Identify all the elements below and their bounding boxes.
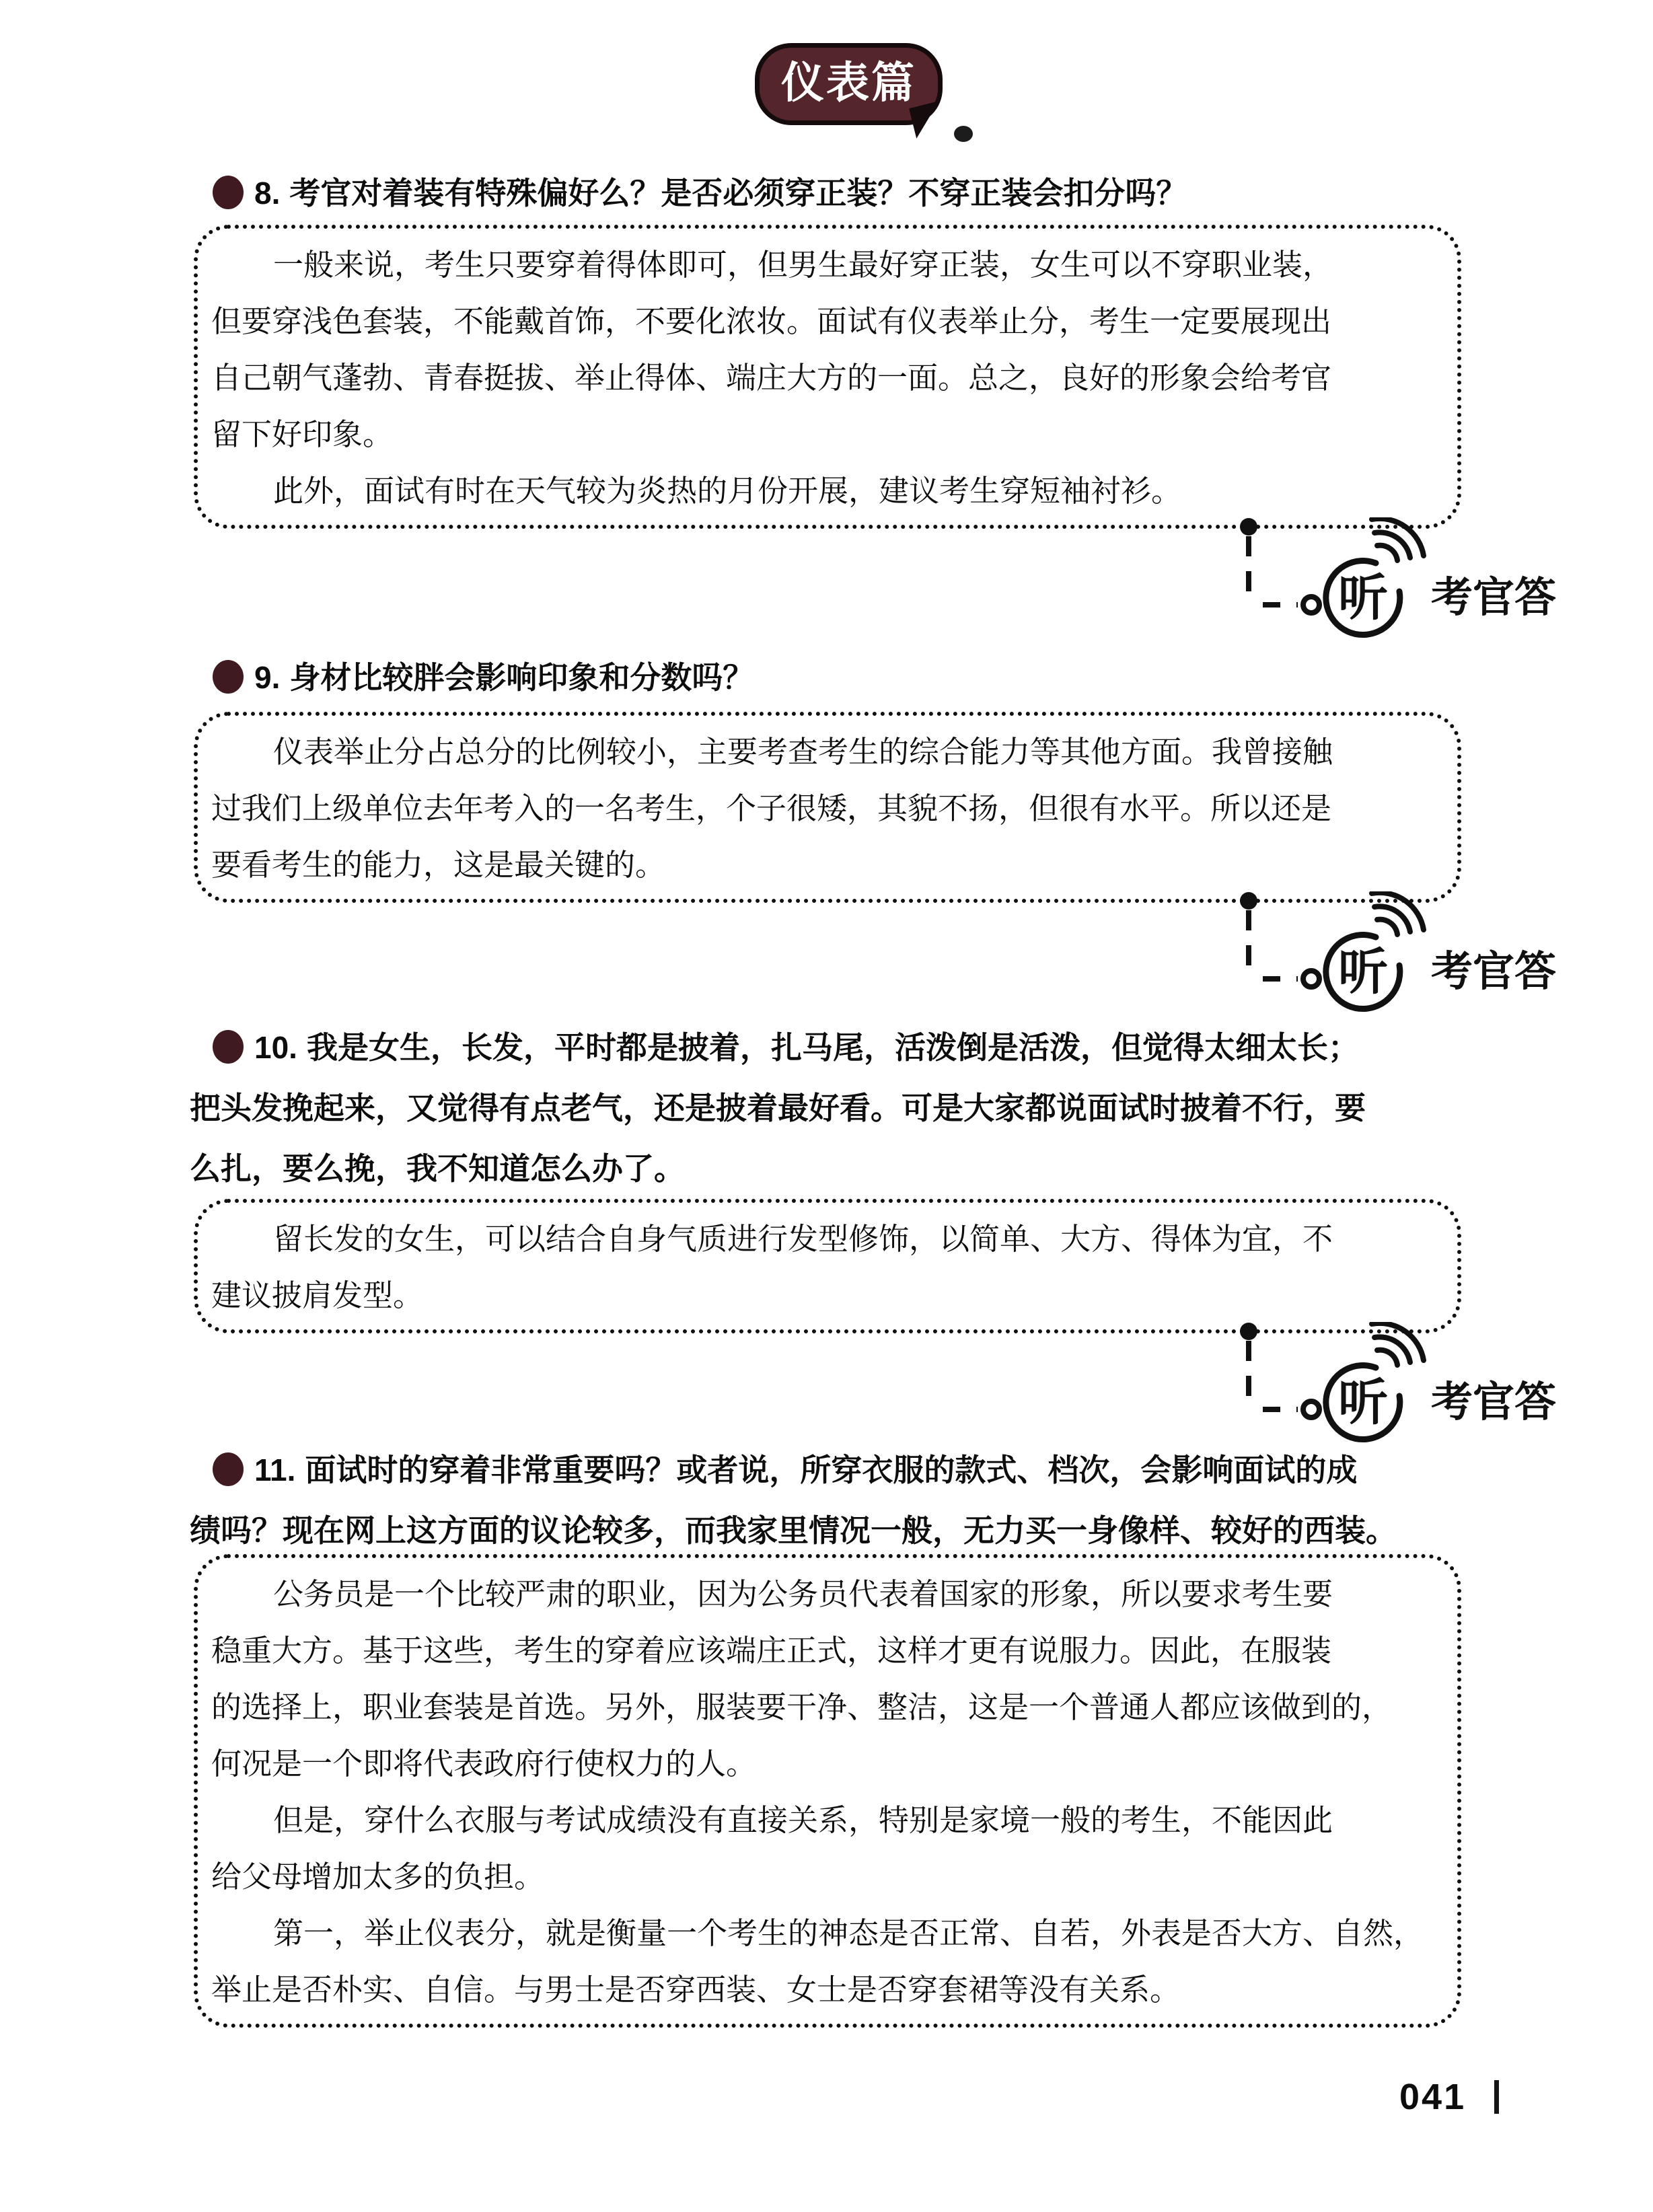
answer-line: 留长发的女生，可以结合自身气质进行发型修饰，以简单、大方、得体为宜，不 [211, 1211, 1438, 1267]
question-text: 身材比较胖会影响印象和分数吗？ [289, 660, 754, 695]
listen-examiner-tag: 听 考官答 [1237, 891, 1574, 1026]
question-line: 8.考官对着装有特殊偏好么？是否必须穿正装？不穿正装会扣分吗？ [190, 163, 1488, 223]
answer-line: 一般来说，考生只要穿着得体即可，但男生最好穿正装，女生可以不穿职业装， [211, 237, 1438, 293]
sound-wave-icon [1372, 519, 1424, 556]
question-number: 9. [254, 660, 280, 695]
answer-line: 稳重大方。基于这些，考生的穿着应该端庄正式，这样才更有说服力。因此，在服装 [211, 1623, 1438, 1679]
connector-circle-icon [1303, 597, 1319, 613]
listen-circle-icon [1326, 935, 1400, 1009]
listen-examiner-tag: 听 考官答 [1237, 1322, 1574, 1457]
listen-tag-graphic: 听 考官答 [1237, 517, 1574, 652]
question-bullet-icon [213, 1452, 244, 1486]
question-line: 10.我是女生，长发，平时都是披着，扎马尾，活泼倒是活泼，但觉得太细太长； [190, 1017, 1488, 1078]
chapter-badge-bubble: 仪表篇 [755, 43, 943, 125]
answer-box-8: 一般来说，考生只要穿着得体即可，但男生最好穿正装，女生可以不穿职业装， 但要穿浅… [194, 225, 1461, 529]
question-bullet-icon [213, 660, 244, 694]
answer-box-9: 仪表举止分占总分的比例较小，主要考查考生的综合能力等其他方面。我曾接触 过我们上… [194, 712, 1461, 903]
chapter-badge-title: 仪表篇 [781, 59, 916, 107]
sound-wave-icon [1372, 1323, 1424, 1360]
sound-wave-icon [1372, 893, 1424, 930]
page-number-value: 041 [1399, 2076, 1466, 2118]
answer-line: 何况是一个即将代表政府行使权力的人。 [211, 1736, 1438, 1792]
question-number: 10. [254, 1030, 297, 1065]
question-line: 么扎，要么挽，我不知道怎么办了。 [190, 1138, 1488, 1199]
question-number: 11. [254, 1452, 295, 1487]
speech-tail-icon [909, 101, 947, 139]
listen-label: 考官答 [1431, 949, 1556, 995]
connector-circle-icon [1303, 971, 1319, 987]
answer-line: 公务员是一个比较严肃的职业，因为公务员代表着国家的形象，所以要求考生要 [211, 1566, 1438, 1623]
answer-line: 仪表举止分占总分的比例较小，主要考查考生的综合能力等其他方面。我曾接触 [211, 724, 1438, 780]
answer-line: 但要穿浅色套装，不能戴首饰，不要化浓妆。面试有仪表举止分，考生一定要展现出 [211, 293, 1438, 350]
answer-line: 要看考生的能力，这是最关键的。 [211, 837, 1438, 893]
question-number: 8. [254, 176, 280, 211]
answer-line: 举止是否朴实、自信。与男士是否穿西装、女士是否穿套裙等没有关系。 [211, 1962, 1438, 2018]
question-11-heading: 11.面试时的穿着非常重要吗？或者说，所穿衣服的款式、档次，会影响面试的成 绩吗… [190, 1440, 1488, 1561]
page-number-divider [1494, 2080, 1499, 2114]
question-bullet-icon [213, 1030, 244, 1064]
listen-char: 听 [1338, 570, 1388, 626]
answer-line: 第一，举止仪表分，就是衡量一个考生的神态是否正常、自若，外表是否大方、自然， [211, 1905, 1438, 1962]
listen-tag-graphic: 听 考官答 [1237, 891, 1574, 1026]
question-line: 9.身材比较胖会影响印象和分数吗？ [190, 647, 1488, 708]
connector-dot-icon [1240, 518, 1257, 536]
question-text: 我是女生，长发，平时都是披着，扎马尾，活泼倒是活泼，但觉得太细太长； [307, 1030, 1359, 1065]
listen-char: 听 [1338, 1374, 1388, 1430]
question-bullet-icon [213, 176, 244, 209]
answer-line: 建议披肩发型。 [211, 1267, 1438, 1324]
listen-label: 考官答 [1431, 575, 1556, 621]
chapter-badge: 仪表篇 [755, 43, 943, 125]
sound-wave-icon [1377, 920, 1397, 934]
listen-circle-icon [1326, 561, 1400, 635]
answer-line: 自己朝气蓬勃、青春挺拔、举止得体、端庄大方的一面。总之，良好的形象会给考官 [211, 350, 1438, 406]
sound-wave-icon [1374, 906, 1410, 932]
answer-line: 给父母增加太多的负担。 [211, 1849, 1438, 1905]
listen-char: 听 [1338, 944, 1388, 1000]
sound-wave-icon [1374, 532, 1410, 558]
question-text: 考官对着装有特殊偏好么？是否必须穿正装？不穿正装会扣分吗？ [289, 176, 1187, 211]
answer-line: 过我们上级单位去年考入的一名考生，个子很矮，其貌不扬，但很有水平。所以还是 [211, 780, 1438, 837]
question-10-heading: 10.我是女生，长发，平时都是披着，扎马尾，活泼倒是活泼，但觉得太细太长； 把头… [190, 1017, 1488, 1199]
answer-line: 的选择上，职业套装是首选。另外，服装要干净、整洁，这是一个普通人都应该做到的， [211, 1679, 1438, 1736]
book-page: 仪表篇 8.考官对着装有特殊偏好么？是否必须穿正装？不穿正装会扣分吗？ 一般来说… [0, 0, 1653, 2212]
question-8-heading: 8.考官对着装有特殊偏好么？是否必须穿正装？不穿正装会扣分吗？ [190, 163, 1488, 223]
connector-dot-icon [1240, 892, 1257, 910]
answer-line: 但是，穿什么衣服与考试成绩没有直接关系，特别是家境一般的考生，不能因此 [211, 1792, 1438, 1849]
answer-box-11: 公务员是一个比较严肃的职业，因为公务员代表着国家的形象，所以要求考生要 稳重大方… [194, 1554, 1461, 2028]
answer-line: 此外，面试有时在天气较为炎热的月份开展，建议考生穿短袖衬衫。 [211, 463, 1438, 519]
connector-circle-icon [1303, 1401, 1319, 1417]
sound-wave-icon [1377, 1350, 1397, 1365]
answer-line: 留下好印象。 [211, 406, 1438, 463]
question-line: 11.面试时的穿着非常重要吗？或者说，所穿衣服的款式、档次，会影响面试的成 [190, 1440, 1488, 1500]
listen-examiner-tag: 听 考官答 [1237, 517, 1574, 652]
question-text: 面试时的穿着非常重要吗？或者说，所穿衣服的款式、档次，会影响面试的成 [305, 1452, 1357, 1487]
listen-circle-icon [1326, 1366, 1400, 1440]
listen-label: 考官答 [1431, 1379, 1556, 1426]
answer-box-10: 留长发的女生，可以结合自身气质进行发型修饰，以简单、大方、得体为宜，不 建议披肩… [194, 1199, 1461, 1333]
page-number: 041 [1399, 2076, 1499, 2118]
question-line: 绩吗？现在网上这方面的议论较多，而我家里情况一般，无力买一身像样、较好的西装。 [190, 1500, 1488, 1561]
speech-dot-icon [954, 126, 973, 142]
question-9-heading: 9.身材比较胖会影响印象和分数吗？ [190, 647, 1488, 708]
question-line: 把头发挽起来，又觉得有点老气，还是披着最好看。可是大家都说面试时披着不行，要 [190, 1078, 1488, 1138]
sound-wave-icon [1377, 546, 1397, 560]
sound-wave-icon [1374, 1337, 1410, 1362]
listen-tag-graphic: 听 考官答 [1237, 1322, 1574, 1457]
connector-dot-icon [1240, 1323, 1257, 1340]
